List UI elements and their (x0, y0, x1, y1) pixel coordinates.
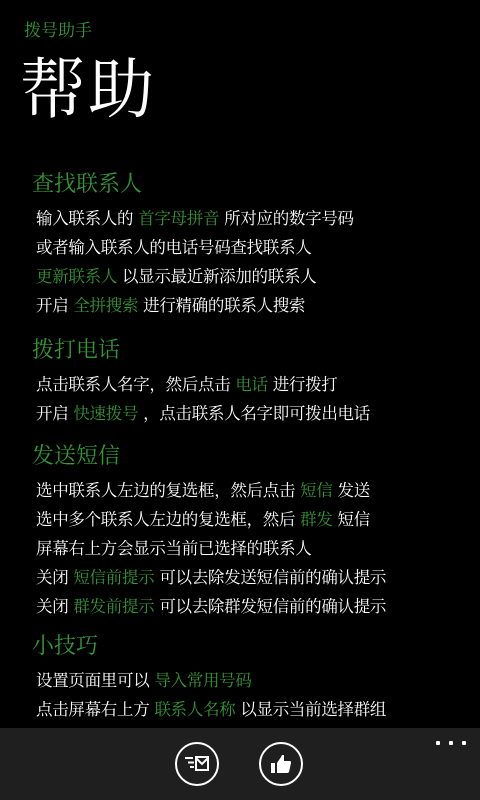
section-heading: 查找联系人 (32, 168, 354, 204)
ellipsis-icon (449, 741, 453, 745)
help-text: 以显示最近新添加的联系人 (117, 267, 316, 286)
help-line: 开启 全拼搜索 进行精确的联系人搜索 (36, 291, 354, 320)
help-text: 关闭 (36, 568, 73, 587)
section-heading: 发送短信 (32, 440, 386, 476)
section-send-sms: 发送短信 选中联系人左边的复选框，然后点击 短信 发送选中多个联系人左边的复选框… (0, 440, 386, 621)
send-sms-icon (184, 755, 210, 773)
help-line: 关闭 短信前提示 可以去除发送短信前的确认提示 (36, 563, 386, 592)
highlighted-term: 群发 (300, 510, 332, 529)
highlighted-term: 全拼搜索 (73, 296, 138, 315)
help-text: 所对应的数字号码 (219, 209, 354, 228)
app-bar (0, 728, 480, 800)
send-sms-button[interactable] (175, 742, 219, 786)
section-make-call: 拨打电话 点击联系人名字，然后点击 电话 进行拨打开启 快速拨号 ，点击联系人名… (0, 334, 370, 428)
highlighted-term: 短信前提示 (73, 568, 154, 587)
help-line: 更新联系人 以显示最近新添加的联系人 (36, 262, 354, 291)
help-line: 点击联系人名字，然后点击 电话 进行拨打 (36, 370, 370, 399)
highlighted-term: 群发前提示 (73, 597, 154, 616)
highlighted-term: 电话 (235, 375, 267, 394)
like-button[interactable] (259, 742, 303, 786)
highlighted-term: 更新联系人 (36, 267, 117, 286)
help-line: 输入联系人的 首字母拼音 所对应的数字号码 (36, 204, 354, 233)
help-text: 开启 (36, 296, 73, 315)
help-text: 选中多个联系人左边的复选框，然后 (36, 510, 300, 529)
help-line: 选中多个联系人左边的复选框，然后 群发 短信 (36, 505, 386, 534)
app-title: 拨号助手 (24, 20, 92, 42)
highlighted-term: 短信 (300, 481, 332, 500)
help-text: 设置页面里可以 (36, 671, 154, 690)
thumbs-up-icon (270, 754, 292, 774)
help-line: 开启 快速拨号 ，点击联系人名字即可拨出电话 (36, 399, 370, 428)
help-text: 关闭 (36, 597, 73, 616)
help-text: 短信 (333, 510, 370, 529)
help-line: 屏幕右上方会显示当前已选择的联系人 (36, 534, 386, 563)
help-text: 选中联系人左边的复选框，然后点击 (36, 481, 300, 500)
section-heading: 小技巧 (32, 630, 386, 666)
help-text: 输入联系人的 (36, 209, 138, 228)
page-title: 帮助 (20, 48, 156, 132)
highlighted-term: 联系人名称 (154, 700, 235, 719)
help-line: 关闭 群发前提示 可以去除群发短信前的确认提示 (36, 592, 386, 621)
help-line: 选中联系人左边的复选框，然后点击 短信 发送 (36, 476, 386, 505)
help-line: 或者输入联系人的电话号码查找联系人 (36, 233, 354, 262)
help-text: 点击联系人名字，然后点击 (36, 375, 235, 394)
help-text: 发送 (333, 481, 370, 500)
help-text: 可以去除发送短信前的确认提示 (154, 568, 386, 587)
help-text: 点击屏幕右上方 (36, 700, 154, 719)
highlighted-term: 快速拨号 (73, 404, 138, 423)
highlighted-term: 首字母拼音 (138, 209, 219, 228)
help-text: 进行拨打 (268, 375, 338, 394)
help-text: 开启 (36, 404, 73, 423)
more-options-button[interactable] (436, 738, 466, 748)
help-line: 点击屏幕右上方 联系人名称 以显示当前选择群组 (36, 695, 386, 724)
help-text: 或者输入联系人的电话号码查找联系人 (36, 238, 311, 257)
ellipsis-icon (462, 741, 466, 745)
help-text: 屏幕右上方会显示当前已选择的联系人 (36, 539, 311, 558)
help-line: 设置页面里可以 导入常用号码 (36, 666, 386, 695)
ellipsis-icon (436, 741, 440, 745)
section-heading: 拨打电话 (32, 334, 370, 370)
help-text: 可以去除群发短信前的确认提示 (154, 597, 386, 616)
help-text: ，点击联系人名字即可拨出电话 (138, 404, 370, 423)
section-tips: 小技巧 设置页面里可以 导入常用号码点击屏幕右上方 联系人名称 以显示当前选择群… (0, 630, 386, 724)
help-text: 进行精确的联系人搜索 (138, 296, 305, 315)
highlighted-term: 导入常用号码 (154, 671, 251, 690)
help-text: 以显示当前选择群组 (235, 700, 386, 719)
section-find-contacts: 查找联系人 输入联系人的 首字母拼音 所对应的数字号码或者输入联系人的电话号码查… (0, 168, 354, 320)
